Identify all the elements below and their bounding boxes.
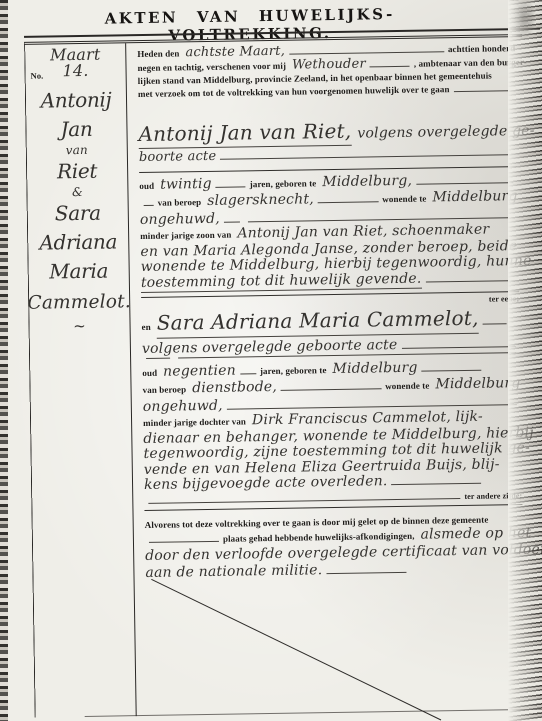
ruled-line <box>281 388 381 391</box>
act-body: Heden den achtste Maart, achttien honder… <box>128 37 531 581</box>
printed-text: achttien honderd <box>448 42 516 56</box>
margin-name: & <box>72 186 83 199</box>
handwritten-official: Wethouder <box>292 57 366 71</box>
margin-name: van <box>66 144 88 157</box>
bride-name-handwritten: Sara Adriana Maria Cammelot, <box>157 304 479 339</box>
printed-text: oud <box>139 177 154 194</box>
groom-profession-handwritten: slagersknecht, <box>207 191 314 209</box>
scan-edge-left <box>0 0 8 721</box>
ruled-line <box>146 357 170 358</box>
printed-text: Heden den <box>137 47 179 61</box>
ruled-line <box>144 205 154 206</box>
margin-day: 14. <box>25 60 125 81</box>
ruled-line <box>392 483 482 485</box>
handwritten-text: boorte acte <box>139 149 217 166</box>
ruled-line <box>318 201 378 203</box>
margin-name: Sara <box>55 199 101 229</box>
margin-name: Jan <box>60 115 92 144</box>
printed-text: van beroep <box>158 194 202 211</box>
margin-name: Cammelot. <box>27 285 131 320</box>
groom-status-handwritten: ongehuwd, <box>140 210 220 228</box>
margin-names: Antonij Jan van Riet & Sara Adriana Mari… <box>26 85 130 334</box>
ruled-line <box>483 323 507 324</box>
ruled-line <box>454 90 512 92</box>
printed-text: wonende te <box>385 378 430 395</box>
margin-name: Riet <box>57 157 98 187</box>
scanned-document-page: AKTEN VAN HUWELIJKS-VOLTREKKING. No. Maa… <box>0 0 542 721</box>
bride-profession-handwritten: dienstbode, <box>192 379 277 397</box>
printed-text: en <box>141 313 151 341</box>
groom-residence-handwritten: Middelburg <box>432 188 517 206</box>
groom-name-handwritten: Antonij Jan van Riet, <box>138 118 351 149</box>
groom-birthplace-handwritten: Middelburg, <box>322 172 412 190</box>
ruled-line <box>426 280 515 282</box>
ruled-line <box>416 182 513 185</box>
handwritten-date: achtste Maart, <box>185 45 285 60</box>
ruled-line <box>370 66 410 68</box>
ruled-line <box>216 186 246 187</box>
ruled-line <box>289 51 444 54</box>
groom-name-line: Antonij Jan van Riet, volgens overgelegd… <box>138 115 516 150</box>
ruled-line <box>326 571 406 573</box>
bride-age-handwritten: negentien <box>163 362 236 380</box>
handwritten-text: toestemming tot dit huwelijk gevende. <box>141 271 422 293</box>
scan-edge-right <box>508 0 542 721</box>
bride-status-handwritten: ongehuwd, <box>143 397 223 415</box>
groom-age-handwritten: twintig <box>160 175 212 192</box>
pen-flourish: ~ <box>73 319 86 333</box>
printed-text: van beroep <box>142 381 186 398</box>
margin-name: Antonij <box>40 85 111 115</box>
printed-text: wonende te <box>382 191 427 208</box>
handwritten-text: kens bijgevoegde acte overleden. <box>144 474 388 493</box>
ruled-line <box>422 369 482 371</box>
bride-birthplace-handwritten: Middelburg <box>332 359 417 377</box>
ruled-line <box>240 373 256 374</box>
ruled-line <box>224 221 240 222</box>
printed-text: jaren, geboren te <box>260 362 327 380</box>
certificate-frame: No. Maart 14. Antonij Jan van Riet & Sar… <box>24 34 533 718</box>
ruled-line <box>149 540 219 542</box>
printed-text: oud <box>142 364 157 381</box>
ruled-line <box>401 346 515 349</box>
certificate-sheet: AKTEN VAN HUWELIJKS-VOLTREKKING. No. Maa… <box>4 0 539 721</box>
margin-name: Maria <box>49 257 108 287</box>
margin-name: Adriana <box>39 227 117 257</box>
ruled-line <box>220 154 513 160</box>
printed-text: jaren, geboren te <box>250 175 317 193</box>
ruled-line <box>148 498 460 504</box>
margin-column: No. Maart 14. Antonij Jan van Riet & Sar… <box>25 43 137 718</box>
handwritten-text: aan de nationale militie. <box>145 562 322 581</box>
